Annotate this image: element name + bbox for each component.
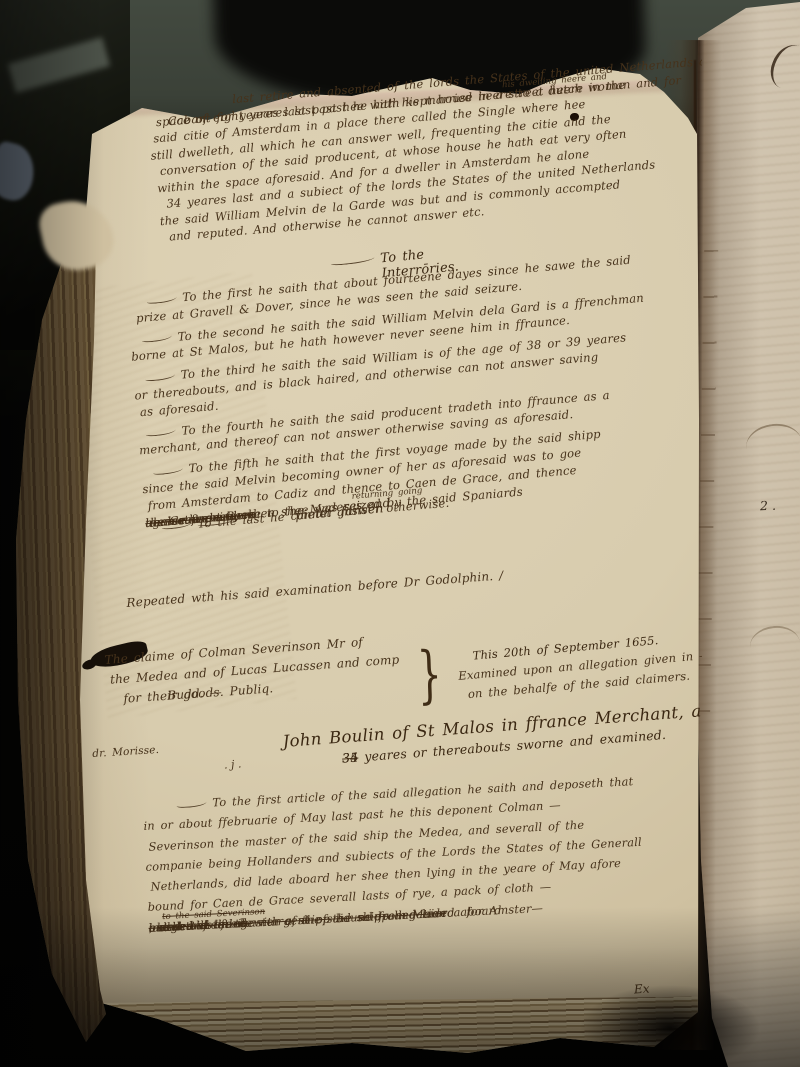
interrogatories-heading: To the Interrōries. (330, 251, 381, 270)
pen-flourish (145, 372, 175, 381)
pen-flourish (142, 333, 172, 342)
interrogatory-answers: To the first he saith that about fourtee… (126, 246, 702, 541)
folio-number: 2 . (760, 498, 776, 514)
claim-block: The claime of Colman Severinson Mr of th… (104, 627, 441, 710)
manuscript-text: last retire and absented of the lords th… (0, 0, 702, 1067)
session-block: This 20th of September 1655. Examined up… (456, 626, 702, 705)
gutter-bottom-shadow (580, 985, 760, 1067)
previous-deposition-ending: last retire and absented of the lords th… (146, 54, 702, 246)
proctor-name: Budd. — (167, 682, 223, 706)
pen-flourish (176, 799, 206, 808)
deposition-to-first-article: To the first article of the said allegat… (142, 768, 702, 918)
margin-examiner-note: dr. Morisse. (92, 744, 159, 760)
pen-flourish (153, 466, 183, 475)
photograph-of-open-manuscript-volume: 2 . last retire and absented of the lord… (0, 0, 800, 1067)
repetition-note: Repeated wth his said examination before… (126, 568, 504, 610)
pen-flourish (145, 427, 175, 436)
claim-brace: } (416, 637, 443, 711)
margin-mark: . j . (224, 757, 242, 771)
deponent-heading: John Boulin of St Malos in ffrance Merch… (282, 700, 702, 755)
pen-flourish (146, 294, 176, 303)
pen-flourish (330, 255, 374, 266)
pen-flourish (161, 520, 191, 529)
